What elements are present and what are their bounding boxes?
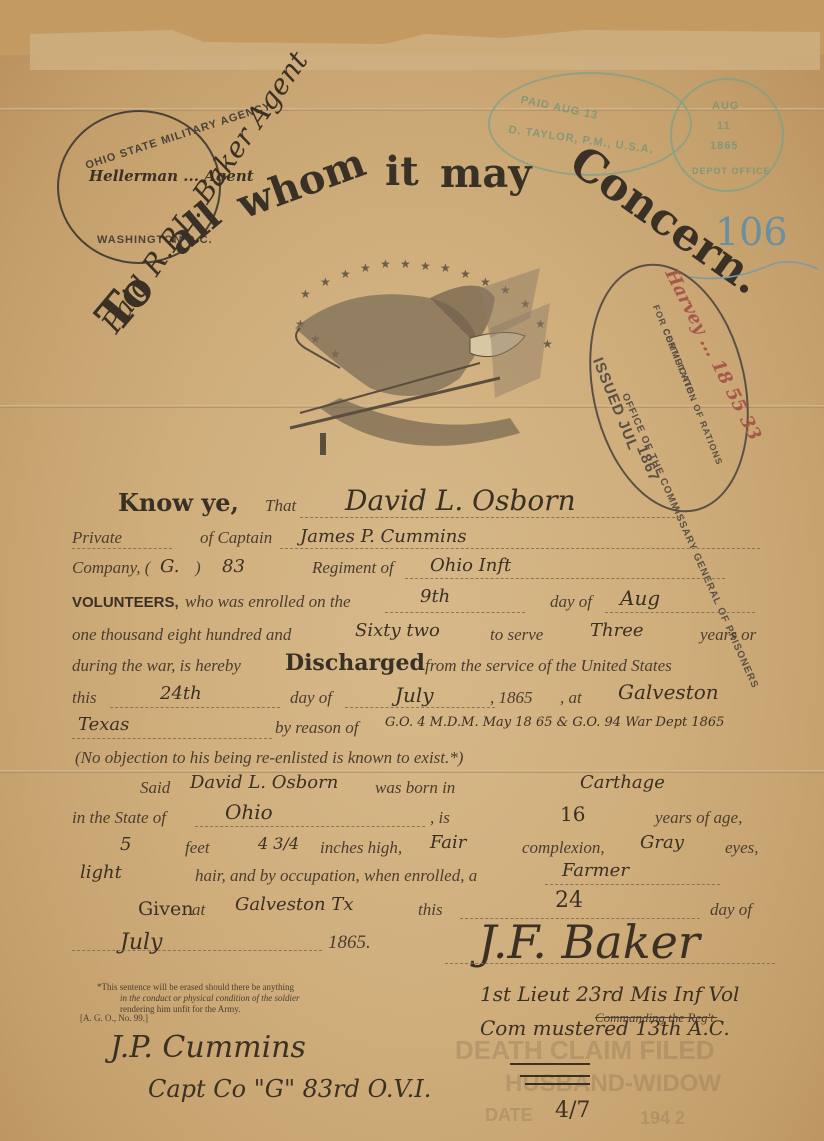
eyes-value: Gray	[640, 832, 684, 853]
company-value: G.	[160, 556, 179, 577]
label-years-or: years or	[700, 625, 756, 645]
volunteers-label: VOLUNTEERS,	[72, 594, 179, 611]
label-feet: feet	[185, 838, 210, 858]
svg-text:★: ★	[400, 258, 411, 271]
svg-text:★: ★	[360, 261, 371, 275]
label-company: Company, (	[72, 558, 150, 578]
label-at: at	[192, 900, 205, 920]
field-line	[385, 612, 525, 613]
strike-mark	[510, 1063, 590, 1065]
label-to-serve: to serve	[490, 625, 543, 645]
label-day-of: day of	[710, 900, 752, 920]
postmark-year: 1865	[710, 140, 738, 152]
label-at: , at	[560, 688, 582, 708]
svg-text:★: ★	[320, 275, 331, 289]
order-number: [A. G. O., No. 99.]	[80, 1013, 148, 1024]
discharge-state: Texas	[78, 714, 129, 735]
postmark-ring: DEPOT OFFICE	[692, 166, 771, 176]
field-line	[405, 578, 725, 579]
enrolled-day: 9th	[420, 586, 450, 607]
label-that: That	[265, 496, 296, 516]
footnote-line: *This sentence will be erased should the…	[97, 982, 294, 993]
postmark-line1: PAID AUG 13	[520, 94, 600, 122]
label-said: Said	[140, 778, 170, 798]
field-line	[605, 612, 755, 613]
label-years-of-age: years of age,	[655, 808, 742, 828]
label-eyes: eyes,	[725, 838, 759, 858]
reenlist-clause: (No objection to his being re-enlisted i…	[75, 748, 463, 768]
label-this: this	[418, 900, 443, 920]
svg-text:★: ★	[420, 259, 431, 273]
stamp-date-value: 4/7	[555, 1098, 590, 1123]
commanding-officer-signature: J.F. Baker	[478, 915, 700, 969]
footnote-line: in the conduct or physical condition of …	[120, 993, 299, 1004]
captain-signature: J.P. Cummins	[110, 1030, 306, 1065]
height-inches: 4 3/4	[258, 834, 299, 853]
regiment-number: 83	[222, 556, 245, 577]
strike-mark	[525, 1083, 590, 1085]
field-line	[300, 517, 685, 518]
field-line	[72, 738, 272, 739]
svg-text:★: ★	[300, 287, 311, 301]
field-line	[545, 884, 720, 885]
strike-mark	[520, 1075, 590, 1077]
label-state-of: in the State of	[72, 808, 166, 828]
discharge-month: July	[395, 683, 434, 707]
height-feet: 5	[120, 834, 131, 855]
signature-line	[445, 963, 775, 964]
label-company-close: )	[195, 558, 201, 578]
label-day-of: day of	[550, 592, 592, 612]
field-line	[345, 707, 495, 708]
discharged-heading: Discharged	[285, 650, 425, 676]
birthplace: Carthage	[580, 772, 665, 793]
label-hair-occupation: hair, and by occupation, when enrolled, …	[195, 866, 477, 886]
captain-name: James P. Cummins	[300, 526, 467, 547]
enrolled-year: Sixty two	[355, 620, 440, 641]
eagle-emblem-icon: ★★★★★★★★★★★★★★★★★	[280, 258, 570, 473]
blue-pencil-stroke	[690, 255, 820, 285]
label-born-in: was born in	[375, 778, 455, 798]
postmark-day: 11	[717, 120, 731, 132]
field-line	[110, 707, 280, 708]
term-value: Three	[590, 620, 644, 641]
blue-pencil-number: 106	[715, 210, 788, 254]
title-word: may	[440, 150, 531, 197]
discharge-year: , 1865	[490, 688, 533, 708]
label-of-captain: of Captain	[200, 528, 272, 548]
given-place: Galveston Tx	[235, 894, 353, 915]
rank-value: Private	[72, 528, 122, 548]
svg-text:★: ★	[460, 267, 471, 281]
label-complexion: complexion,	[522, 838, 605, 858]
label-during-war: during the war, is hereby	[72, 656, 241, 676]
soldier-name: David L. Osborn	[345, 484, 576, 517]
label-year-prefix: one thousand eight hundred and	[72, 625, 291, 645]
svg-text:★: ★	[440, 261, 451, 275]
title-word: it	[385, 148, 419, 195]
label-is: , is	[430, 808, 450, 828]
complexion-value: Fair	[430, 832, 466, 853]
stamp-line: DEATH CLAIM FILED	[455, 1035, 715, 1066]
fold-crease	[0, 770, 824, 773]
svg-text:★: ★	[340, 267, 351, 281]
depot-postmark: AUG 11 1865 DEPOT OFFICE	[670, 78, 784, 192]
know-ye-heading: Know ye,	[118, 488, 239, 517]
label-regiment: Regiment of	[312, 558, 394, 578]
given-month: July	[120, 930, 162, 955]
discharge-place: Galveston	[618, 680, 719, 704]
regiment-state: Ohio Inft	[430, 555, 511, 576]
label-enrolled: who was enrolled on the	[185, 592, 351, 612]
torn-paper-strip	[30, 30, 820, 70]
document-paper: OHIO STATE MILITARY AGENCY WASHINGTON D.…	[0, 0, 824, 1141]
field-line	[72, 548, 172, 549]
given-year: 1865.	[328, 932, 371, 954]
discharge-reason: G.O. 4 M.D.M. May 18 65 & G.O. 94 War De…	[385, 715, 724, 730]
field-line	[72, 950, 322, 951]
age-value: 16	[560, 802, 585, 826]
label-inches-high: inches high,	[320, 838, 402, 858]
stamp-year: 194 2	[640, 1108, 685, 1129]
discharge-day: 24th	[160, 683, 202, 704]
label-from-service: from the service of the United States	[425, 656, 672, 676]
field-line	[280, 548, 760, 549]
said-name: David L. Osborn	[190, 772, 338, 793]
stamp-date-label: DATE	[485, 1105, 533, 1126]
commanding-officer-title: 1st Lieut 23rd Mis Inf Vol	[480, 982, 739, 1006]
label-by-reason: by reason of	[275, 718, 358, 738]
label-this: this	[72, 688, 97, 708]
given-day: 24	[555, 888, 583, 913]
svg-text:★: ★	[380, 258, 391, 271]
enrolled-month: Aug	[620, 586, 660, 610]
occupation-value: Farmer	[562, 860, 629, 881]
label-day-of: day of	[290, 688, 332, 708]
hair-value: light	[80, 862, 122, 883]
birth-state: Ohio	[225, 800, 273, 824]
given-heading: Given	[138, 898, 193, 920]
captain-title: Capt Co "G" 83rd O.V.I.	[148, 1075, 431, 1103]
postmark-month: AUG	[712, 100, 739, 112]
field-line	[195, 826, 425, 827]
